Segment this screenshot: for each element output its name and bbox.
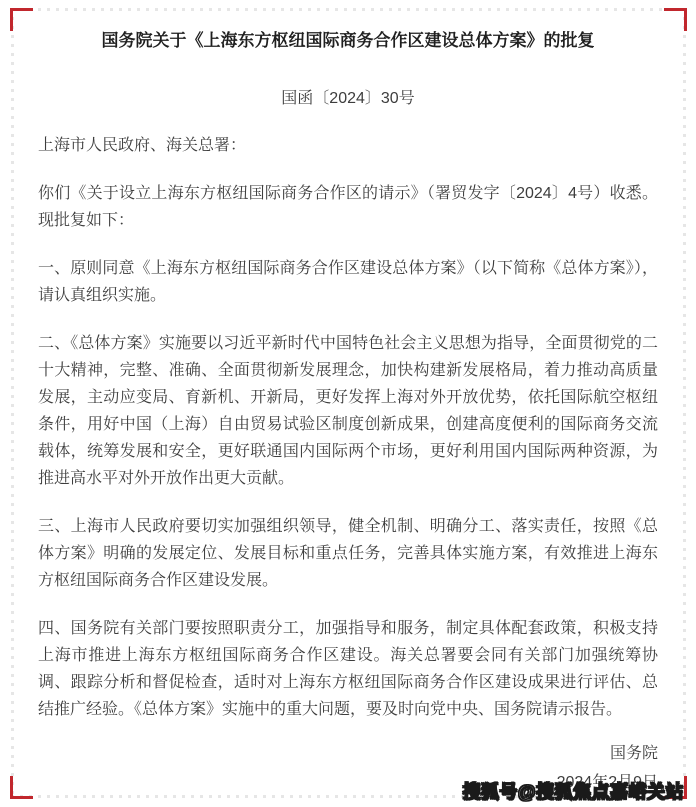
signer-name: 国务院 xyxy=(38,739,658,768)
document-title: 国务院关于《上海东方枢纽国际商务合作区建设总体方案》的批复 xyxy=(38,27,658,54)
corner-bracket-top-left-icon xyxy=(10,8,33,31)
dotted-border-left xyxy=(11,8,14,798)
paragraph-item-2: 二、《总体方案》实施要以习近平新时代中国特色社会主义思想为指导，全面贯彻党的二十… xyxy=(38,330,658,492)
paragraph-item-1: 一、原则同意《上海东方枢纽国际商务合作区建设总体方案》（以下简称《总体方案》），… xyxy=(38,255,658,309)
paragraph-item-3: 三、上海市人民政府要切实加强组织领导，健全机制、明确分工、落实责任，按照《总体方… xyxy=(38,513,658,594)
watermark-text: 搜狐号@搜狐焦点嘉峪关站 xyxy=(462,778,684,804)
document-number: 国函〔2024〕30号 xyxy=(38,85,658,112)
corner-bracket-top-right-icon xyxy=(664,8,687,31)
paragraph-item-4: 四、国务院有关部门要按照职责分工，加强指导和服务，制定具体配套政策，积极支持上海… xyxy=(38,615,658,723)
paragraph-intro: 你们《关于设立上海东方枢纽国际商务合作区的请示》（署贸发字〔2024〕4号）收悉… xyxy=(38,180,658,234)
dotted-border-right xyxy=(683,8,686,798)
document-body: 国务院关于《上海东方枢纽国际商务合作区建设总体方案》的批复 国函〔2024〕30… xyxy=(38,0,658,797)
salutation: 上海市人民政府、海关总署： xyxy=(38,132,658,159)
corner-bracket-bottom-left-icon xyxy=(10,776,33,799)
